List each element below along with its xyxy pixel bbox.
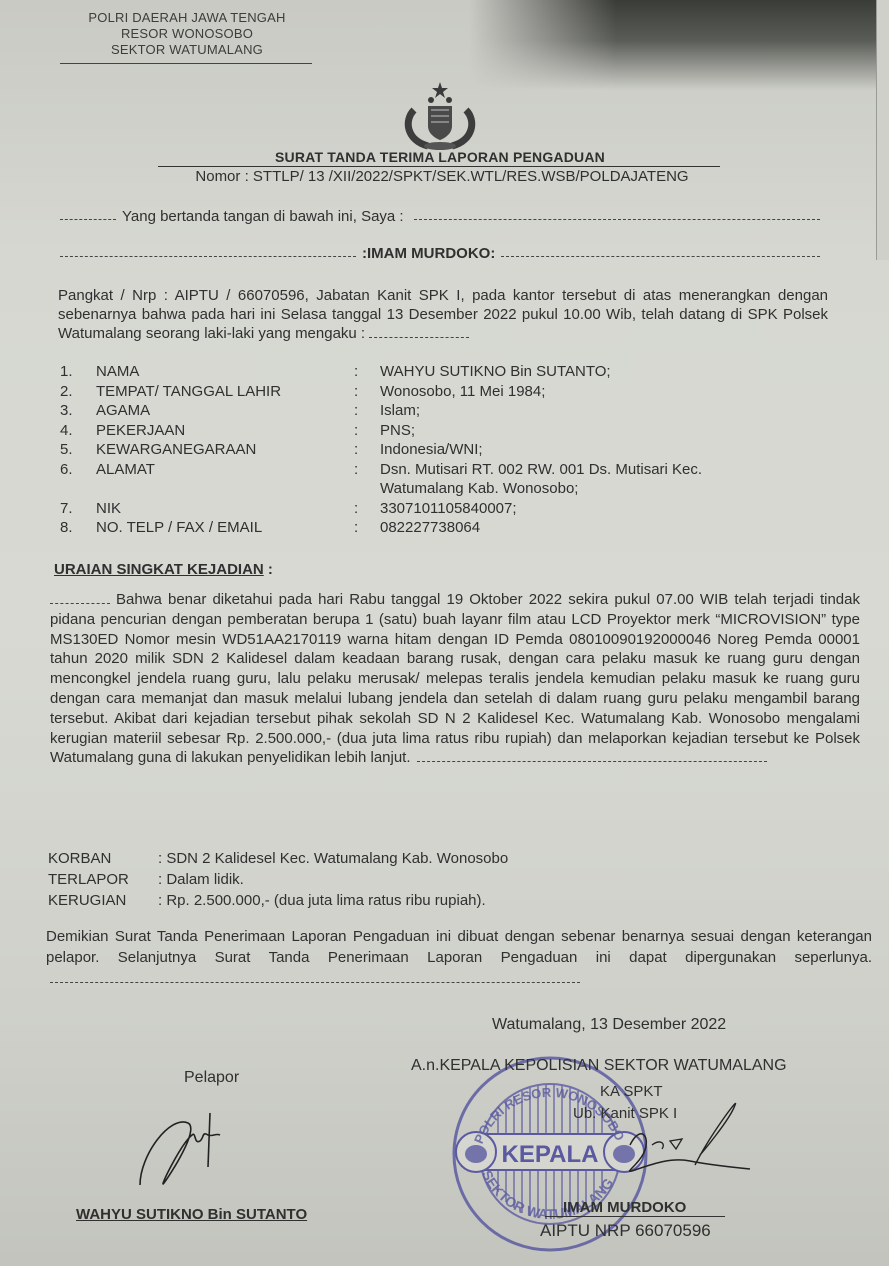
dash-fill <box>50 982 580 983</box>
intro-paragraph: Pangkat / Nrp : AIPTU / 66070596, Jabata… <box>58 286 828 343</box>
officer-signature-icon <box>590 1095 760 1185</box>
place-date: Watumalang, 13 Desember 2022 <box>492 1016 726 1034</box>
incident-description: Bahwa benar diketahui pada hari Rabu tan… <box>50 590 860 768</box>
row-value: Watumalang Kab. Wonosobo; <box>380 479 830 499</box>
officer-rank-nrp: AIPTU NRP 66070596 <box>540 1221 711 1241</box>
row-value: Wonosobo, 11 Mei 1984; <box>380 382 830 402</box>
row-key: NIK <box>96 499 354 519</box>
row-value: Dsn. Mutisari RT. 002 RW. 001 Ds. Mutisa… <box>380 460 830 480</box>
colon: : <box>354 382 380 402</box>
reporter-label: Pelapor <box>184 1069 239 1087</box>
letterhead-line-2: RESOR WONOSOBO <box>62 26 312 42</box>
officer-name: IMAM MURDOKO <box>563 1199 686 1216</box>
stamp-center-text: KEPALA <box>502 1141 599 1168</box>
row-number: 1. <box>60 362 96 382</box>
intro-paragraph-text: Pangkat / Nrp : AIPTU / 66070596, Jabata… <box>58 287 828 342</box>
identity-row: 5.KEWARGANEGARAAN:Indonesia/WNI; <box>60 440 830 460</box>
colon: : <box>354 518 380 538</box>
row-value: Islam; <box>380 401 830 421</box>
row-number: 4. <box>60 421 96 441</box>
identity-row-cont: Watumalang Kab. Wonosobo; <box>60 479 830 499</box>
incident-heading: URAIAN SINGKAT KEJADIAN : <box>54 561 273 578</box>
officer-line: :IMAM MURDOKO: <box>60 245 820 262</box>
row-number: 8. <box>60 518 96 538</box>
dash-fill <box>501 256 820 257</box>
letterhead-line-1: POLRI DAERAH JAWA TENGAH <box>62 10 312 26</box>
photo-shadow <box>469 0 889 90</box>
row-number: 2. <box>60 382 96 402</box>
document-title: SURAT TANDA TERIMA LAPORAN PENGADUAN <box>160 149 720 165</box>
dash-fill <box>417 761 767 762</box>
row-number: 5. <box>60 440 96 460</box>
row-key: ALAMAT <box>96 460 354 480</box>
letterhead-divider <box>60 63 312 64</box>
colon: : <box>354 401 380 421</box>
dash-fill <box>369 337 469 338</box>
fact-key: KORBAN <box>48 848 158 869</box>
identity-row: 3.AGAMA:Islam; <box>60 401 830 421</box>
document-number: Nomor : STTLP/ 13 /XII/2022/SPKT/SEK.WTL… <box>157 168 727 185</box>
colon: : <box>354 440 380 460</box>
row-key: NO. TELP / FAX / EMAIL <box>96 518 354 538</box>
row-number: 3. <box>60 401 96 421</box>
dash-fill <box>60 219 116 220</box>
fact-row: KORBAN: SDN 2 Kalidesel Kec. Watumalang … <box>48 848 508 869</box>
letterhead-line-3: SEKTOR WATUMALANG <box>62 42 312 58</box>
closing-text: Demikian Surat Tanda Penerimaan Laporan … <box>46 928 872 966</box>
case-facts: KORBAN: SDN 2 Kalidesel Kec. Watumalang … <box>48 848 508 911</box>
incident-text: Bahwa benar diketahui pada hari Rabu tan… <box>50 591 860 766</box>
row-value: Indonesia/WNI; <box>380 440 830 460</box>
row-key: TEMPAT/ TANGGAL LAHIR <box>96 382 354 402</box>
intro-text: Yang bertanda tangan di bawah ini, Saya … <box>122 208 404 225</box>
colon: : <box>354 362 380 382</box>
colon: : <box>354 460 380 480</box>
officer-name-heading: :IMAM MURDOKO: <box>362 245 495 262</box>
on-behalf-title: A.n.KEPALA KEPOLISIAN SEKTOR WATUMALANG <box>411 1057 787 1075</box>
incident-heading-text: URAIAN SINGKAT KEJADIAN <box>54 561 264 578</box>
row-number: 7. <box>60 499 96 519</box>
row-key: AGAMA <box>96 401 354 421</box>
reporter-name: WAHYU SUTIKNO Bin SUTANTO <box>76 1206 307 1223</box>
polri-emblem-icon <box>398 80 482 152</box>
officer-name-underline <box>545 1216 725 1217</box>
row-key: PEKERJAAN <box>96 421 354 441</box>
title-underline <box>158 166 720 167</box>
identity-row: 4.PEKERJAAN:PNS; <box>60 421 830 441</box>
fact-key: KERUGIAN <box>48 890 158 911</box>
fact-value: : Dalam lidik. <box>158 869 244 890</box>
fact-row: TERLAPOR: Dalam lidik. <box>48 869 508 890</box>
dash-fill <box>60 256 356 257</box>
row-value: PNS; <box>380 421 830 441</box>
row-key: NAMA <box>96 362 354 382</box>
identity-row: 6.ALAMAT:Dsn. Mutisari RT. 002 RW. 001 D… <box>60 460 830 480</box>
fact-key: TERLAPOR <box>48 869 158 890</box>
fact-value: : SDN 2 Kalidesel Kec. Watumalang Kab. W… <box>158 848 508 869</box>
identity-list: 1.NAMA:WAHYU SUTIKNO Bin SUTANTO; 2.TEMP… <box>60 362 830 538</box>
row-value: 3307101105840007; <box>380 499 830 519</box>
row-value: WAHYU SUTIKNO Bin SUTANTO; <box>380 362 830 382</box>
fact-row: KERUGIAN: Rp. 2.500.000,- (dua juta lima… <box>48 890 508 911</box>
row-key: KEWARGANEGARAAN <box>96 440 354 460</box>
dash-fill <box>414 219 820 220</box>
dash-fill <box>50 603 110 604</box>
colon: : <box>354 421 380 441</box>
heading-colon: : <box>264 561 273 578</box>
fact-value: : Rp. 2.500.000,- (dua juta lima ratus r… <box>158 890 486 911</box>
colon: : <box>354 499 380 519</box>
reporter-signature-icon <box>130 1105 240 1190</box>
row-value: 082227738064 <box>380 518 830 538</box>
identity-row: 8.NO. TELP / FAX / EMAIL:082227738064 <box>60 518 830 538</box>
identity-row: 7.NIK:3307101105840007; <box>60 499 830 519</box>
closing-paragraph: Demikian Surat Tanda Penerimaan Laporan … <box>46 926 872 989</box>
identity-row: 1.NAMA:WAHYU SUTIKNO Bin SUTANTO; <box>60 362 830 382</box>
intro-line: Yang bertanda tangan di bawah ini, Saya … <box>60 208 820 225</box>
row-number: 6. <box>60 460 96 480</box>
paper-edge <box>876 0 889 260</box>
letterhead: POLRI DAERAH JAWA TENGAH RESOR WONOSOBO … <box>62 10 312 58</box>
identity-row: 2.TEMPAT/ TANGGAL LAHIR:Wonosobo, 11 Mei… <box>60 382 830 402</box>
